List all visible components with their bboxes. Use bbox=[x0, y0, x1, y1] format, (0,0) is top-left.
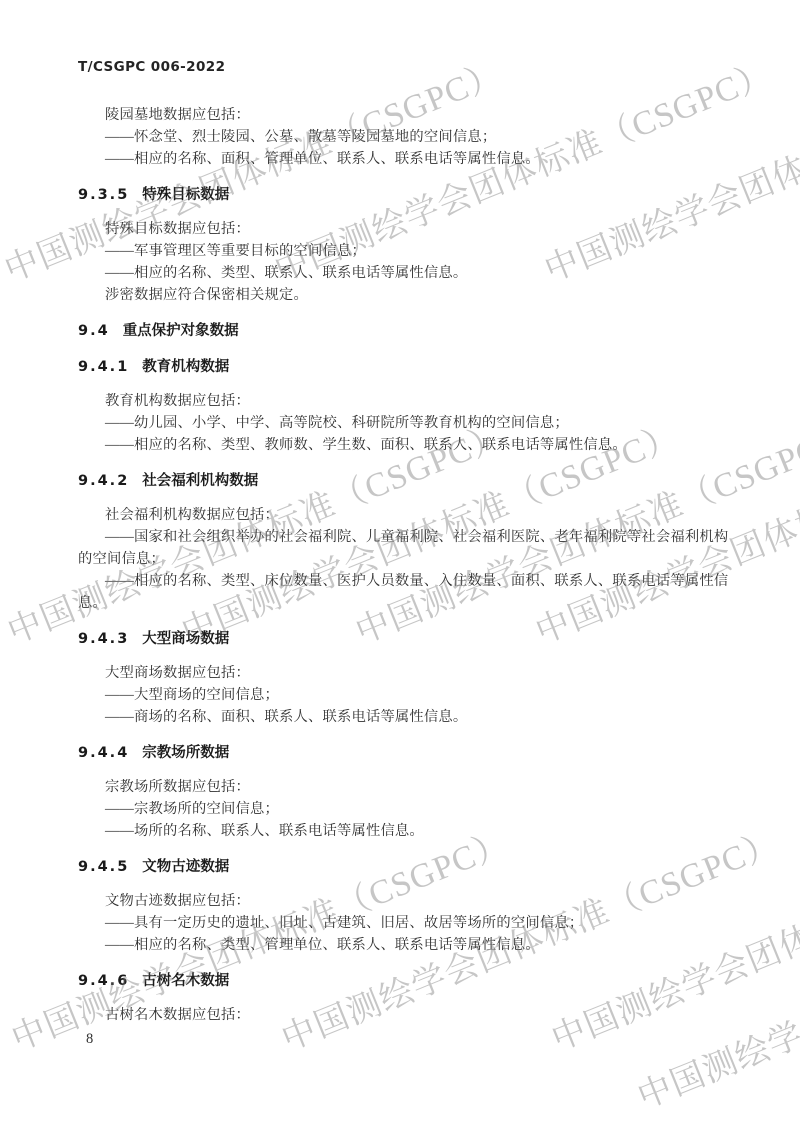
section-number: 9.3.5 bbox=[78, 187, 129, 203]
section-number: 9.4.3 bbox=[78, 631, 129, 647]
dash-item-line: ——国家和社会组织举办的社会福利院、儿童福利院、社会福利医院、老年福利院等社会福… bbox=[78, 526, 768, 548]
paragraph-line: 古树名木数据应包括： bbox=[78, 1004, 768, 1026]
paragraph-line: 大型商场数据应包括： bbox=[78, 662, 768, 684]
dash-item-line: ——相应的名称、类型、管理单位、联系人、联系电话等属性信息。 bbox=[78, 934, 768, 956]
section-number: 9.4.6 bbox=[78, 973, 129, 989]
section-heading: 9.4.4宗教场所数据 bbox=[78, 742, 768, 764]
dash-item-line: ——军事管理区等重要目标的空间信息； bbox=[78, 240, 768, 262]
paragraph-line: 息。 bbox=[78, 592, 768, 614]
section-heading: 9.3.5特殊目标数据 bbox=[78, 184, 768, 206]
section-number: 9.4.5 bbox=[78, 859, 129, 875]
dash-item-line: ——场所的名称、联系人、联系电话等属性信息。 bbox=[78, 820, 768, 842]
paragraph-line: 宗教场所数据应包括： bbox=[78, 776, 768, 798]
dash-item-line: ——具有一定历史的遗址、旧址、古建筑、旧居、故居等场所的空间信息； bbox=[78, 912, 768, 934]
section-title: 宗教场所数据 bbox=[142, 745, 229, 761]
section-title: 文物古迹数据 bbox=[142, 859, 229, 875]
section-title: 重点保护对象数据 bbox=[123, 323, 239, 339]
dash-item-line: ——相应的名称、类型、联系人、联系电话等属性信息。 bbox=[78, 262, 768, 284]
section-heading: 9.4.1教育机构数据 bbox=[78, 356, 768, 378]
section-title: 社会福利机构数据 bbox=[142, 473, 258, 489]
section-title: 大型商场数据 bbox=[142, 631, 229, 647]
document-code: T/CSGPC 006-2022 bbox=[78, 59, 225, 75]
dash-item-line: ——宗教场所的空间信息； bbox=[78, 798, 768, 820]
section-heading: 9.4.6古树名木数据 bbox=[78, 970, 768, 992]
section-title: 特殊目标数据 bbox=[142, 187, 229, 203]
section-heading: 9.4.3大型商场数据 bbox=[78, 628, 768, 650]
section-heading: 9.4.5文物古迹数据 bbox=[78, 856, 768, 878]
dash-item-line: ——相应的名称、面积、管理单位、联系人、联系电话等属性信息。 bbox=[78, 148, 768, 170]
dash-item-line: ——相应的名称、类型、床位数量、医护人员数量、入住数量、面积、联系人、联系电话等… bbox=[78, 570, 768, 592]
paragraph-line: 涉密数据应符合保密相关规定。 bbox=[78, 284, 768, 306]
section-title: 古树名木数据 bbox=[142, 973, 229, 989]
paragraph-line: 社会福利机构数据应包括： bbox=[78, 504, 768, 526]
dash-item-line: ——商场的名称、面积、联系人、联系电话等属性信息。 bbox=[78, 706, 768, 728]
section-heading: 9.4.2社会福利机构数据 bbox=[78, 470, 768, 492]
document-page: T/CSGPC 006-2022 陵园墓地数据应包括：——怀念堂、烈士陵园、公墓… bbox=[0, 0, 800, 1131]
section-heading: 9.4重点保护对象数据 bbox=[78, 320, 768, 342]
dash-item-line: ——相应的名称、类型、教师数、学生数、面积、联系人、联系电话等属性信息。 bbox=[78, 434, 768, 456]
dash-item-line: ——怀念堂、烈士陵园、公墓、散墓等陵园墓地的空间信息； bbox=[78, 126, 768, 148]
section-number: 9.4.2 bbox=[78, 473, 129, 489]
section-number: 9.4.4 bbox=[78, 745, 129, 761]
section-number: 9.4 bbox=[78, 323, 110, 339]
paragraph-line: 特殊目标数据应包括： bbox=[78, 218, 768, 240]
paragraph-line: 教育机构数据应包括： bbox=[78, 390, 768, 412]
dash-item-line: ——幼儿园、小学、中学、高等院校、科研院所等教育机构的空间信息； bbox=[78, 412, 768, 434]
section-title: 教育机构数据 bbox=[142, 359, 229, 375]
section-number: 9.4.1 bbox=[78, 359, 129, 375]
paragraph-line: 陵园墓地数据应包括： bbox=[78, 104, 768, 126]
page-number: 8 bbox=[86, 1031, 93, 1048]
paragraph-line: 的空间信息； bbox=[78, 548, 768, 570]
dash-item-line: ——大型商场的空间信息； bbox=[78, 684, 768, 706]
paragraph-line: 文物古迹数据应包括： bbox=[78, 890, 768, 912]
content: 陵园墓地数据应包括：——怀念堂、烈士陵园、公墓、散墓等陵园墓地的空间信息；——相… bbox=[78, 104, 768, 1026]
